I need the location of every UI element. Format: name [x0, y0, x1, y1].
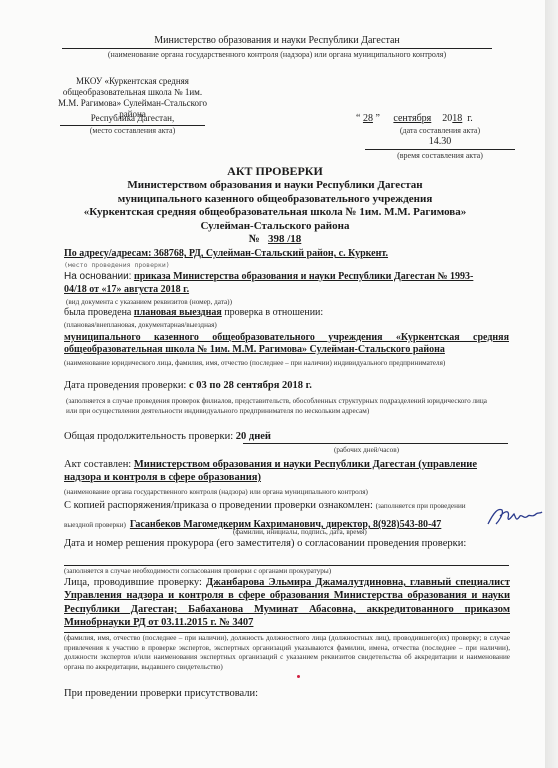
duration-caption: (рабочих дней/часов) [334, 446, 399, 454]
page-edge [545, 0, 558, 768]
compiled-caption: (наименование органа государственного ко… [64, 488, 368, 496]
signature-icon [486, 506, 544, 528]
compiled-value-cont: надзора и контроля в сфере образования) [64, 472, 261, 483]
subtitle-line: Министерством образования и науки Респуб… [30, 179, 520, 193]
place-value: Республика Дагестан, [60, 113, 205, 123]
compiled-label: Акт составлен: [64, 459, 131, 470]
entity-line-2: общеобразовательная школа № 1им. М.М. Ра… [64, 344, 509, 355]
inspectors-caption: (фамилия, имя, отчество (последнее – при… [64, 634, 510, 673]
prosecutor-underline [64, 565, 509, 566]
duration-label: Общая продолжительность проверки: [64, 431, 233, 442]
act-date: “ 28 ” сентября 2018 г. [356, 113, 536, 124]
authority-underline [62, 48, 492, 49]
inspection-dates: Дата проведения проверки: с 03 по 28 сен… [64, 380, 504, 391]
subtitle-line: «Куркентская средняя общеобразовательная… [30, 206, 520, 220]
document-page: Министерство образования и науки Республ… [0, 0, 545, 768]
address-caption: (место проведения проверки) [64, 261, 170, 269]
act-title: АКТ ПРОВЕРКИ [40, 164, 510, 179]
date-g: г. [467, 113, 472, 124]
acquainted-note: (заполняется при проведении [376, 502, 466, 510]
present-label: При проведении проверки присутствовали: [64, 688, 504, 699]
entity-line-1: муниципального казенного общеобразовател… [64, 331, 509, 344]
subtitle-line: муниципального казенного общеобразовател… [30, 193, 520, 207]
school-line: М.М. Рагимова» Сулейман-Стальского [55, 98, 210, 109]
basis-caption: (вид документа с указанием реквизитов (н… [66, 298, 232, 306]
dates-label: Дата проведения проверки: [64, 380, 186, 391]
school-line: общеобразовательная школа № 1им. [55, 87, 210, 98]
duration-value: 20 дней [236, 431, 271, 442]
prosecutor-label: Дата и номер решения прокурора (его заме… [64, 538, 514, 549]
time-caption: (время составления акта) [365, 151, 515, 160]
acquainted-note-cont: выездной проверки) [64, 521, 126, 529]
basis: На основании: приказа Министерства образ… [64, 270, 509, 296]
acquainted: С копией распоряжения/приказа о проведен… [64, 500, 534, 511]
conducted-type: плановая выездная [134, 307, 222, 318]
number-label: № [249, 233, 260, 245]
authority-name: Министерство образования и науки Республ… [62, 35, 492, 46]
act-time: 14.30 [365, 136, 515, 147]
acquainted-caption: (фамилии, инициалы, подпись, дата, время… [233, 528, 367, 536]
date-year-prefix: 20 [442, 113, 452, 124]
basis-value-cont: 04/18 от «17» августа 2018 г. [64, 284, 189, 295]
inspectors-label: Лица, проводившие проверку: [64, 577, 202, 588]
compiled-value: Министерством образования и науки Респуб… [134, 459, 477, 470]
conducted-caption: (плановая/внеплановая, документарная/вые… [64, 321, 217, 329]
duration-underline [243, 443, 508, 444]
place-caption: (место составления акта) [60, 126, 205, 135]
basis-label: На основании: [64, 271, 131, 282]
dates-caption: (заполняется в случае проведения проверо… [66, 397, 491, 416]
conducted-line: была проведена плановая выездная проверк… [64, 307, 504, 318]
duration: Общая продолжительность проверки: 20 дне… [64, 431, 504, 442]
red-mark [297, 675, 300, 678]
date-month: сентября [387, 113, 437, 124]
entity-caption: (наименование юридического лица, фамилия… [64, 359, 484, 368]
date-day: 28 [363, 113, 373, 124]
inspectors-underline [64, 632, 510, 633]
date-caption: (дата составления акта) [390, 126, 490, 135]
compiled-by: Акт составлен: Министерством образования… [64, 458, 510, 484]
school-line: МКОУ «Куркентская средняя [55, 76, 210, 87]
act-subtitle: Министерством образования и науки Респуб… [30, 179, 520, 247]
conducted-prefix: была проведена [64, 307, 131, 318]
authority-caption: (наименование органа государственного ко… [62, 50, 492, 59]
prosecutor-caption: (заполняется в случае необходимости согл… [64, 567, 331, 575]
inspectors: Лица, проводившие проверку: Джанбарова Э… [64, 576, 510, 629]
basis-value: приказа Министерства образования и науки… [134, 271, 473, 282]
conducted-suffix: проверка в отношении: [224, 307, 323, 318]
dates-value: с 03 по 28 сентября 2018 г. [189, 380, 312, 391]
acquainted-label: С копией распоряжения/приказа о проведен… [64, 500, 373, 511]
date-year-suffix: 18 [452, 113, 462, 124]
subtitle-line: Сулейман-Стальского района [30, 220, 520, 234]
act-number: 398 /18 [268, 233, 301, 245]
time-underline [365, 149, 515, 150]
inspection-address: По адресу/адресам: 368768, РД, Сулейман-… [64, 248, 504, 259]
